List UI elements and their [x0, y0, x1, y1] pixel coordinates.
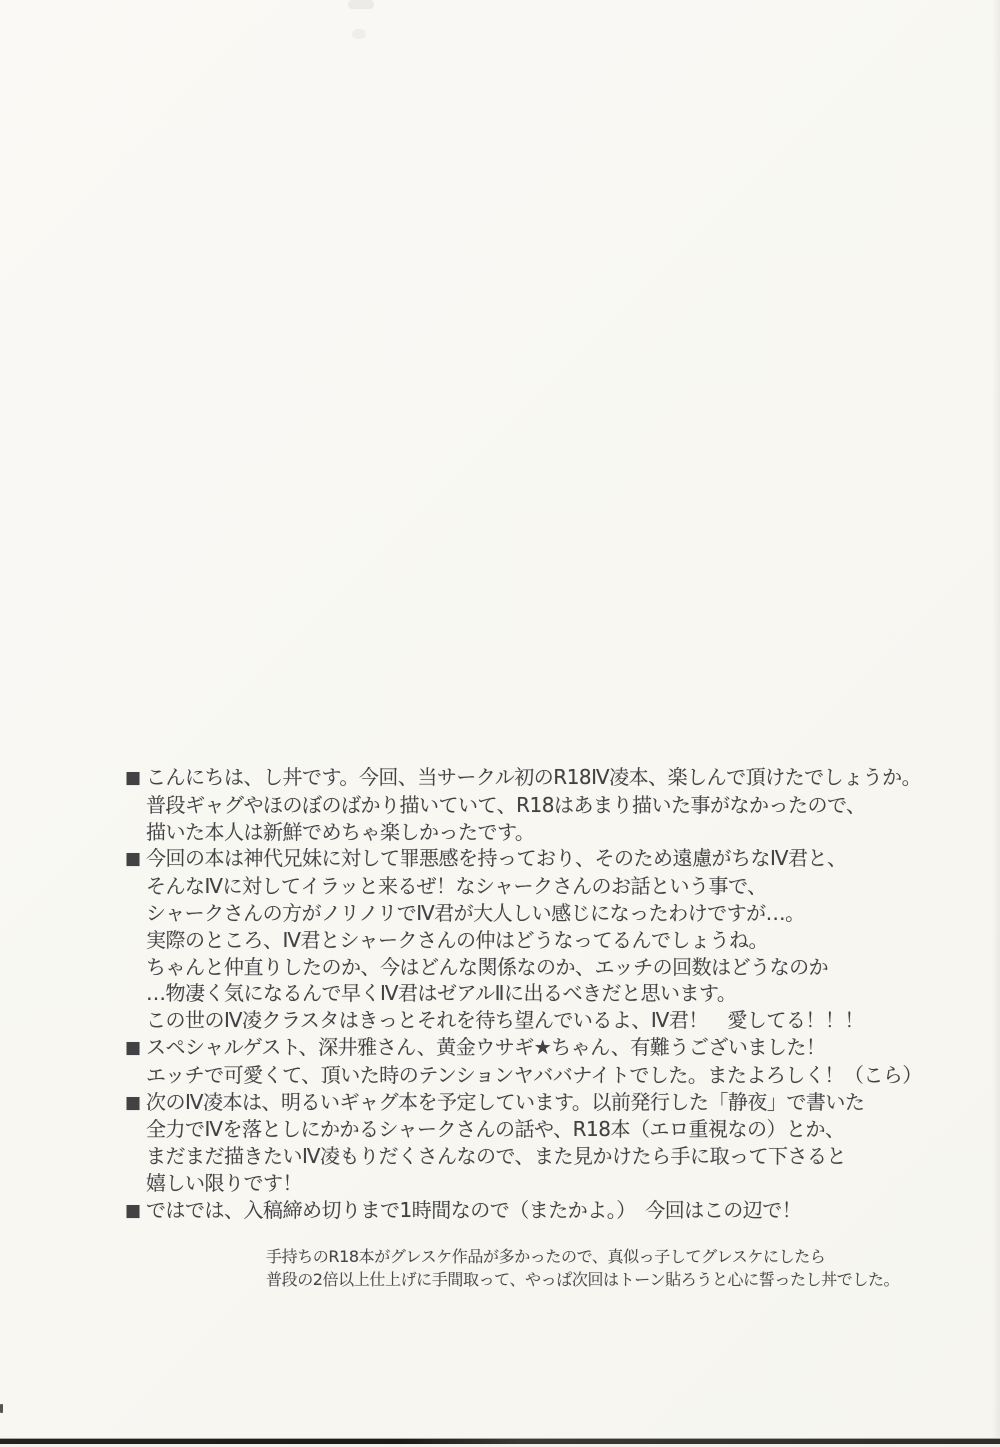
square-bullet-icon: ■: [125, 1090, 146, 1117]
afterword-line: ■スペシャルゲスト、深井雅さん、黄金ウサギ★ちゃん、有難うございました！: [125, 1034, 922, 1062]
afterword-line-text: 全力でⅣを落としにかかるシャークさんの話や、R18本（エロ重視なの）とか、: [125, 1116, 922, 1143]
square-bullet-icon: ■: [125, 846, 146, 873]
afterword-line-text: 次のⅣ凌本は、明るいギャグ本を予定しています。以前発行した「静夜」で書いた: [146, 1090, 864, 1114]
afterword-footnote: 手持ちのR18本がグレスケ作品が多かったので、真似っ子してグレスケにしたら 普段…: [266, 1245, 899, 1291]
afterword-line-text: ちゃんと仲直りしたのか、今はどんな関係なのか、エッチの回数はどうなのか: [125, 954, 922, 981]
afterword-line: ■次のⅣ凌本は、明るいギャグ本を予定しています。以前発行した「静夜」で書いた: [125, 1089, 922, 1117]
afterword-line-text: まだまだ描きたいⅣ凌もりだくさんなので、また見かけたら手に取って下さると: [125, 1143, 922, 1170]
afterword-line: ■今回の本は神代兄妹に対して罪悪感を持っており、そのため遠慮がちなⅣ君と、: [125, 845, 922, 873]
afterword-line-text: 嬉しい限りです！: [125, 1170, 922, 1197]
afterword-line-text: シャークさんの方がノリノリでⅣ君が大人しい感じになったわけですが…。: [125, 900, 922, 927]
scanned-afterword-page: ■こんにちは、し丼です。今回、当サークル初のR18Ⅳ凌本、楽しんで頂けたでしょう…: [0, 0, 1000, 1447]
afterword-paragraph-4: ■次のⅣ凌本は、明るいギャグ本を予定しています。以前発行した「静夜」で書いた 全…: [125, 1089, 922, 1197]
afterword-paragraph-3: ■スペシャルゲスト、深井雅さん、黄金ウサギ★ちゃん、有難うございました！ エッチ…: [125, 1034, 922, 1089]
scan-edge-shadow: [992, 0, 1000, 1447]
afterword-line-text: エッチで可愛くて、頂いた時のテンションヤババナイトでした。またよろしく！（こら）: [125, 1062, 922, 1089]
afterword-line-text: 実際のところ、Ⅳ君とシャークさんの仲はどうなってるんでしょうね。: [125, 927, 922, 954]
afterword-line: ■こんにちは、し丼です。今回、当サークル初のR18Ⅳ凌本、楽しんで頂けたでしょう…: [125, 764, 922, 792]
afterword-line-text: …物凄く気になるんで早くⅣ君はゼアルⅡに出るべきだと思います。: [125, 980, 922, 1007]
scan-mark: [0, 1404, 3, 1413]
afterword-line-text: この世のⅣ凌クラスタはきっとそれを待ち望んでいるよ、Ⅳ君！ 愛してる！！！: [125, 1007, 922, 1034]
square-bullet-icon: ■: [125, 1198, 146, 1225]
afterword-paragraph-1: ■こんにちは、し丼です。今回、当サークル初のR18Ⅳ凌本、楽しんで頂けたでしょう…: [125, 764, 922, 845]
scan-smudge: [352, 29, 366, 39]
footnote-line-text: 手持ちのR18本がグレスケ作品が多かったので、真似っ子してグレスケにしたら: [266, 1245, 899, 1268]
afterword-line: ■ではでは、入稿締め切りまで1時間なので（またかよ。） 今回はこの辺で！: [125, 1197, 922, 1225]
afterword-line-text: 描いた本人は新鮮でめちゃ楽しかったです。: [125, 819, 922, 846]
afterword-line-text: 普段ギャグやほのぼのばかり描いていて、R18はあまり描いた事がなかったので、: [125, 792, 922, 819]
footnote-line-text: 普段の2倍以上仕上げに手間取って、やっぱ次回はトーン貼ろうと心に誓ったし丼でした…: [266, 1268, 899, 1291]
afterword-paragraph-2: ■今回の本は神代兄妹に対して罪悪感を持っており、そのため遠慮がちなⅣ君と、 そん…: [125, 845, 922, 1034]
afterword-line-text: ではでは、入稿締め切りまで1時間なので（またかよ。） 今回はこの辺で！: [146, 1198, 801, 1222]
afterword-paragraph-5: ■ではでは、入稿締め切りまで1時間なので（またかよ。） 今回はこの辺で！: [125, 1197, 922, 1225]
afterword-line-text: 今回の本は神代兄妹に対して罪悪感を持っており、そのため遠慮がちなⅣ君と、: [146, 846, 846, 870]
afterword-line-text: そんなⅣに対してイラッと来るぜ！なシャークさんのお話という事で、: [125, 873, 922, 900]
square-bullet-icon: ■: [125, 1035, 146, 1062]
afterword-line-text: こんにちは、し丼です。今回、当サークル初のR18Ⅳ凌本、楽しんで頂けたでしょうか…: [146, 765, 921, 789]
square-bullet-icon: ■: [125, 765, 146, 792]
afterword-text-block: ■こんにちは、し丼です。今回、当サークル初のR18Ⅳ凌本、楽しんで頂けたでしょう…: [125, 764, 922, 1225]
afterword-line-text: スペシャルゲスト、深井雅さん、黄金ウサギ★ちゃん、有難うございました！: [146, 1035, 825, 1059]
scan-smudge: [348, 0, 374, 9]
